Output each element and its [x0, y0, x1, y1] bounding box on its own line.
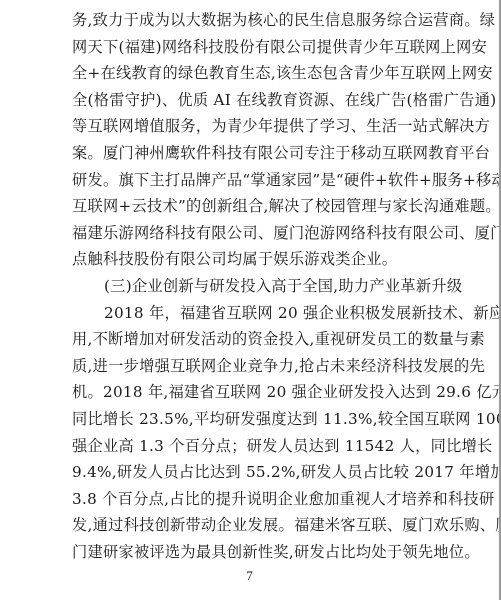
- body-text-line: 质,进一步增强互联网企业竞争力,抢占未来经济科技发展的先: [72, 356, 428, 376]
- body-text-line: 3.8 个百分点,占比的提升说明企业愈加重视人才培养和科技研: [72, 489, 428, 509]
- body-text-line: 发,通过科技创新带动企业发展。福建米客互联、厦门欢乐购、厦: [72, 515, 428, 535]
- section-heading: (三)企业创新与研发投入高于全国,助力产业革新升级: [104, 276, 428, 296]
- body-text-line: 门建研家被评选为最具创新性奖,研发占比均处于领先地位。: [72, 542, 428, 562]
- body-text-line: 研发。旗下主打品牌产品“掌通家园”是“硬件+软件+服务+移动: [72, 170, 428, 190]
- body-text-line: 全+在线教育的绿色教育生态,该生态包含青少年互联网上网安: [72, 63, 428, 83]
- body-text-line: 务,致力于成为以大数据为核心的民生信息服务综合运营商。绿: [72, 10, 428, 30]
- body-text-line: 机。2018 年,福建省互联网 20 强企业研发投入达到 29.6 亿元,: [72, 382, 428, 402]
- body-text-line: 互联网+云技术”的创新组合,解决了校园管理与家长沟通难题。: [72, 196, 428, 216]
- body-text-line: 2018 年，福建省互联网 20 强企业积极发展新技术、新应: [104, 303, 428, 323]
- body-text-line: 案。厦门神州鹰软件科技有限公司专注于移动互联网教育平台: [72, 143, 428, 163]
- body-text-line: 9.4%,研发人员占比达到 55.2%,研发人员占比较 2017 年增加: [72, 462, 428, 482]
- page-number: 7: [0, 568, 499, 584]
- body-text-line: 网天下(福建)网络科技股份有限公司提供青少年互联网上网安: [72, 37, 428, 57]
- body-text-line: 同比增长 23.5%,平均研发强度达到 11.3%,较全国互联网 100: [72, 409, 428, 429]
- body-text-line: 点触科技股份有限公司均属于娱乐游戏类企业。: [72, 249, 428, 269]
- body-text-line: 福建乐游网络科技有限公司、厦门泡游网络科技有限公司、厦门: [72, 223, 428, 243]
- document-page: 务,致力于成为以大数据为核心的民生信息服务综合运营商。绿 网天下(福建)网络科技…: [0, 0, 499, 600]
- body-text-line: 等互联网增值服务，为青少年提供了学习、生活一站式解决方: [72, 116, 428, 136]
- body-text-line: 用,不断增加对研发活动的资金投入,重视研发员工的数量与素: [72, 329, 428, 349]
- body-text-line: 强企业高 1.3 个百分点；研发人员达到 11542 人，同比增长: [72, 436, 428, 456]
- body-text-line: 全(格雷守护)、优质 AI 在线教育资源、在线广告(格雷广告通): [72, 90, 428, 110]
